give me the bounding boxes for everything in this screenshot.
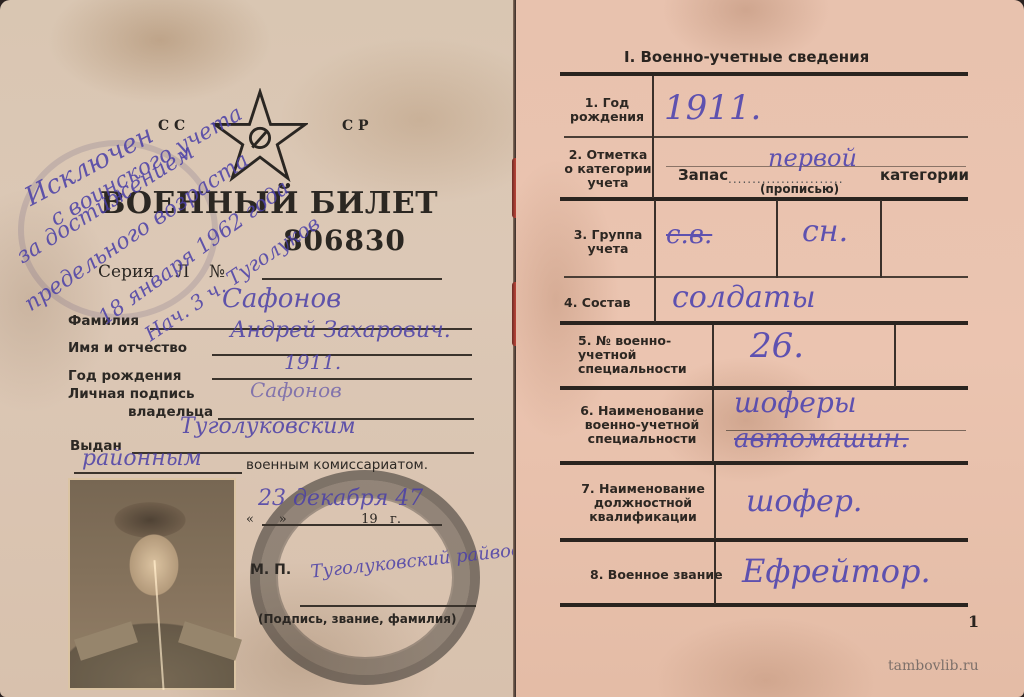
col-rule-1 xyxy=(652,76,654,198)
row-5-label: 5. № военно-учетной специальности xyxy=(578,334,708,376)
page-number: 1 xyxy=(968,612,979,631)
row-2-hint: (прописью) xyxy=(760,182,839,196)
col-rule-6 xyxy=(894,325,896,387)
col-rule-4 xyxy=(880,200,882,278)
issued-by-line-2 xyxy=(74,472,242,474)
name-patronymic-label: Имя и отчество xyxy=(68,340,187,356)
row-3-value: сн. xyxy=(802,214,848,249)
rule-2 xyxy=(560,197,968,201)
birth-year-value: 1911. xyxy=(284,350,341,374)
row-3-label: 3. Группа учета xyxy=(564,228,652,256)
signature-caption: (Подпись, звание, фамилия) xyxy=(258,612,456,626)
rule-7 xyxy=(560,538,968,542)
row-6-label: 6. Наименование военно-учетной специальн… xyxy=(574,404,710,446)
row-2-prefix: Запас xyxy=(678,166,728,184)
left-page: С С С Р ВОЕННЫЙ БИЛЕТ 806830 Серия Л № Ф… xyxy=(0,0,516,697)
col-rule-8 xyxy=(714,465,716,539)
row-4-label: 4. Состав xyxy=(564,296,631,310)
issued-by-value: Туголуковским xyxy=(180,414,356,439)
col-rule-5 xyxy=(712,325,714,387)
owner-signature-value: Сафонов xyxy=(250,378,342,402)
row-7-label: 7. Наименование должностной квалификации xyxy=(574,482,712,524)
row-2-label: 2. Отметка о категории учета xyxy=(564,148,652,190)
col-rule-2 xyxy=(654,200,656,322)
photo-crack xyxy=(153,560,164,690)
rule-top xyxy=(560,72,968,76)
row-6-struck-value: автомашин. xyxy=(734,424,909,454)
row-4-value: солдаты xyxy=(672,280,816,315)
commissar-signature-line xyxy=(300,605,476,607)
row-2-suffix: категории xyxy=(880,166,969,184)
section-title: I. Военно-учетные сведения xyxy=(624,48,869,66)
birth-year-label: Год рождения xyxy=(68,368,181,384)
row-8-value: Ефрейтор. xyxy=(742,552,931,590)
col-rule-7 xyxy=(712,390,714,462)
issued-by-value-2: районным xyxy=(82,446,202,471)
row-7-value: шофер. xyxy=(746,484,862,519)
owner-photo xyxy=(68,478,236,690)
seal-label: М. П. xyxy=(250,562,291,578)
row-8-label: 8. Военное звание xyxy=(590,568,723,582)
row-1-label: 1. Год рождения xyxy=(564,96,650,124)
right-page: I. Военно-учетные сведения xyxy=(516,0,1024,697)
rule-8 xyxy=(560,603,968,607)
rule-3 xyxy=(564,276,968,278)
deregistration-note: Исключен с воинского учета за достижение… xyxy=(0,10,510,330)
photo-collar-right xyxy=(178,621,242,660)
photo-collar-left xyxy=(74,621,138,660)
commissariat-label: военным комиссариатом. xyxy=(246,457,428,473)
col-rule-3 xyxy=(776,200,778,278)
issue-date-value: 23 декабря 47 xyxy=(258,486,423,511)
row-3-struck-value: с.в. xyxy=(666,220,712,250)
name-patronymic-line xyxy=(212,354,472,356)
rule-6 xyxy=(560,461,968,465)
rule-1 xyxy=(564,136,968,138)
row-5-value: 26. xyxy=(750,326,804,366)
signature-label: Личная подпись xyxy=(68,386,195,402)
military-id-spread: С С С Р ВОЕННЫЙ БИЛЕТ 806830 Серия Л № Ф… xyxy=(0,0,1024,697)
issue-date-line xyxy=(262,524,442,526)
row-6-value: шоферы xyxy=(734,386,857,419)
rule-4 xyxy=(560,321,968,325)
row-2-value: первой xyxy=(768,144,857,172)
row-1-value: 1911. xyxy=(664,88,761,128)
watermark: tambovlib.ru xyxy=(888,658,979,674)
